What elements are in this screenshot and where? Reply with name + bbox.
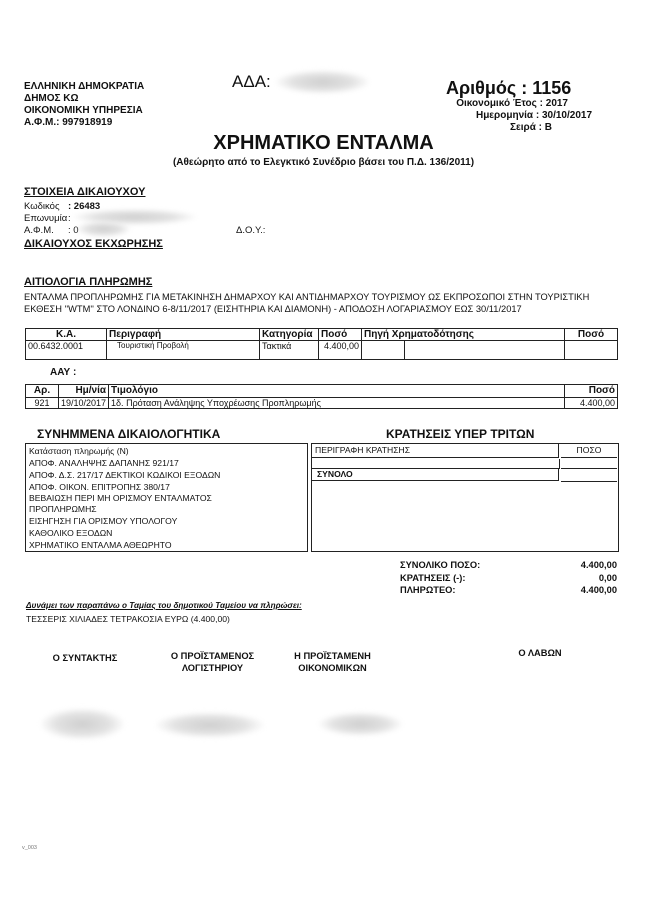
- code-label: Κωδικός: [24, 201, 60, 212]
- withholdings-heading: ΚΡΑΤΗΣΕΙΣ ΥΠΕΡ ΤΡΙΤΩΝ: [386, 427, 534, 441]
- afm-label: Α.Φ.Μ.: [24, 225, 54, 236]
- totals-labels: ΣΥΝΟΛΙΚΟ ΠΟΣΟ: ΚΡΑΤΗΣΕΙΣ (-): ΠΛΗΡΩΤΕΟ:: [400, 559, 480, 597]
- col-description: Περιγραφή: [107, 329, 260, 341]
- signature-recipient: Ο ΛΑΒΩΝ: [490, 648, 590, 658]
- withholding-row-amount: [561, 459, 617, 469]
- aay-label: ΑΑΥ :: [50, 367, 76, 378]
- col-date: Ημ/νία: [59, 385, 109, 398]
- footer-code: v_003: [22, 845, 37, 851]
- col-category: Κατηγορία: [260, 329, 319, 341]
- cell-ka: 00.6432.0001: [26, 341, 107, 360]
- withholdings-box: ΠΕΡΙΓΡΑΦΗ ΚΡΑΤΗΣΗΣ ΠΟΣΟ ΣΥΝΟΛΟ: [311, 443, 619, 552]
- cell-source: [362, 341, 405, 360]
- issuer-line: ΔΗΜΟΣ ΚΩ: [24, 93, 144, 105]
- attachment-item: ΑΠΟΦ. ΑΝΑΛΗΨΗΣ ΔΑΠΑΝΗΣ 921/17: [29, 457, 304, 469]
- withholding-total-value: [561, 469, 617, 482]
- accounts-table: Κ.Α. Περιγραφή Κατηγορία Ποσό Πηγή Χρημα…: [25, 328, 618, 360]
- signature-subtitle: ΛΟΓΙΣΤΗΡΙΟΥ: [150, 663, 275, 675]
- redacted-signature: [40, 708, 125, 740]
- attachment-item: Κατάσταση πληρωμής (N): [29, 445, 304, 457]
- issuer-line: ΕΛΛΗΝΙΚΗ ΔΗΜΟΚΡΑΤΙΑ: [24, 81, 144, 93]
- justification-heading: ΑΙΤΙΟΛΟΓΙΑ ΠΛΗΡΩΜΗΣ: [24, 276, 152, 288]
- redacted-afm: [76, 221, 131, 237]
- payable-value: 4.400,00: [581, 584, 617, 597]
- withholdings-total-label: ΚΡΑΤΗΣΕΙΣ (-):: [400, 572, 480, 585]
- col-ka: Κ.Α.: [26, 329, 107, 341]
- fiscal-year: Οικονομικό Έτος : 2017: [456, 98, 568, 110]
- document-number: Αριθμός : 1156: [446, 78, 571, 99]
- signature-finance-head: Η ΠΡΟΪΣΤΑΜΕΝΗ ΟΙΚΟΝΟΜΙΚΩΝ: [270, 651, 395, 674]
- col-funding-source: Πηγή Χρηματοδότησης: [362, 329, 565, 341]
- attachment-item: ΚΑΘΟΛΙΚΟ ΕΞΟΔΩΝ: [29, 527, 304, 539]
- col-invoice: Τιμολόγιο: [109, 385, 565, 398]
- redacted-ada: [275, 70, 370, 94]
- cell-date: 19/10/2017: [59, 398, 109, 409]
- attachments-list: Κατάσταση πληρωμής (N) ΑΠΟΦ. ΑΝΑΛΗΨΗΣ ΔΑ…: [25, 443, 308, 552]
- attachment-item: ΧΡΗΜΑΤΙΚΟ ΕΝΤΑΛΜΑ ΑΘΕΩΡΗΤΟ: [29, 539, 304, 551]
- amount-in-words: ΤΕΣΣΕΡΙΣ ΧΙΛΙΑΔΕΣ ΤΕΤΡΑΚΟΣΙΑ ΕΥΡΩ (4.400…: [26, 614, 230, 624]
- signature-title: Ο ΣΥΝΤΑΚΤΗΣ: [40, 653, 130, 663]
- invoice-table: Αρ. Ημ/νία Τιμολόγιο Ποσό 921 19/10/2017…: [25, 384, 618, 409]
- total-label: ΣΥΝΟΛΙΚΟ ΠΟΣΟ:: [400, 559, 480, 572]
- payment-instruction: Δυνάμει των παραπάνω ο Ταμίας του δημοτι…: [26, 601, 302, 610]
- signature-accounting-head: Ο ΠΡΟΪΣΤΑΜΕΝΟΣ ΛΟΓΙΣΤΗΡΙΟΥ: [150, 651, 275, 674]
- col-invoice-amount: Ποσό: [565, 385, 618, 398]
- col-no: Αρ.: [26, 385, 59, 398]
- signature-subtitle: ΟΙΚΟΝΟΜΙΚΩΝ: [270, 663, 395, 675]
- table-row: 921 19/10/2017 1δ. Πρόταση Ανάληψης Υποχ…: [26, 398, 618, 409]
- document-date: Ημερομηνία : 30/10/2017: [476, 110, 592, 122]
- cell-invoice: 1δ. Πρόταση Ανάληψης Υποχρέωσης Προπληρω…: [109, 398, 565, 409]
- withholdings-total-value: 0,00: [581, 572, 617, 585]
- document-subtitle: (Αθεώρητο από το Ελεγκτικό Συνέδριο βάσε…: [0, 157, 647, 168]
- cell-invoice-amount: 4.400,00: [565, 398, 618, 409]
- beneficiary-heading: ΣΤΟΙΧΕΙΑ ΔΙΚΑΙΟΥΧΟΥ: [24, 186, 145, 198]
- redacted-signature: [155, 712, 265, 738]
- totals-values: 4.400,00 0,00 4.400,00: [581, 559, 617, 597]
- withholding-amount-header: ΠΟΣΟ: [561, 444, 617, 458]
- redacted-signature: [318, 712, 403, 736]
- attachment-item: ΒΕΒΑΙΩΣΗ ΠΕΡΙ ΜΗ ΟΡΙΣΜΟΥ ΕΝΤΑΛΜΑΤΟΣ ΠΡΟΠ…: [29, 493, 229, 515]
- name-label: Επωνυμία: [24, 213, 67, 224]
- issuer-block: ΕΛΛΗΝΙΚΗ ΔΗΜΟΚΡΑΤΙΑ ΔΗΜΟΣ ΚΩ ΟΙΚΟΝΟΜΙΚΗ …: [24, 81, 144, 129]
- col-source-amount: Ποσό: [565, 329, 618, 341]
- withholding-total-label: ΣΥΝΟΛΟ: [312, 469, 559, 481]
- cell-amount: 4.400,00: [319, 341, 362, 360]
- issuer-line: Α.Φ.Μ.: 997918919: [24, 117, 144, 129]
- cell-description: Τουριστική Προβολή: [107, 341, 260, 360]
- issuer-line: ΟΙΚΟΝΟΜΙΚΗ ΥΠΗΡΕΣΙΑ: [24, 105, 144, 117]
- document-title: ΧΡΗΜΑΤΙΚΟ ΕΝΤΑΛΜΑ: [0, 132, 647, 155]
- attachment-item: ΑΠΟΦ. ΟΙΚΟΝ. ΕΠΙΤΡΟΠΗΣ 380/17: [29, 481, 304, 493]
- attachment-item: ΕΙΣΗΓΗΣΗ ΓΙΑ ΟΡΙΣΜΟΥ ΥΠΟΛΟΓΟΥ: [29, 515, 304, 527]
- signature-title: Ο ΛΑΒΩΝ: [490, 648, 590, 658]
- withholding-desc-header: ΠΕΡΙΓΡΑΦΗ ΚΡΑΤΗΣΗΣ: [312, 444, 559, 458]
- table-row: 00.6432.0001 Τουριστική Προβολή Τακτικά …: [26, 341, 618, 360]
- col-amount: Ποσό: [319, 329, 362, 341]
- signature-author: Ο ΣΥΝΤΑΚΤΗΣ: [40, 653, 130, 663]
- signature-title: Η ΠΡΟΪΣΤΑΜΕΝΗ: [270, 651, 395, 663]
- signature-title: Ο ΠΡΟΪΣΤΑΜΕΝΟΣ: [150, 651, 275, 663]
- withholding-row: [312, 459, 560, 469]
- attachment-item: ΑΠΟΦ. Δ.Σ. 217/17 ΔΕΚΤΙΚΟΙ ΚΩΔΙΚΟΙ ΕΞΟΔΩ…: [29, 469, 304, 481]
- cell-source-desc: [405, 341, 565, 360]
- doy-label: Δ.Ο.Υ.:: [236, 225, 265, 236]
- cell-no: 921: [26, 398, 59, 409]
- ada-label: ΑΔΑ:: [232, 72, 271, 92]
- payable-label: ΠΛΗΡΩΤΕΟ:: [400, 584, 480, 597]
- name-value: :: [68, 213, 71, 224]
- attachments-heading: ΣΥΝΗΜΜΕΝΑ ΔΙΚΑΙΟΛΟΓΗΤΙΚΑ: [37, 427, 220, 441]
- cell-category: Τακτικά: [260, 341, 319, 360]
- justification-text: ΕΝΤΑΛΜΑ ΠΡΟΠΛΗΡΩΜΗΣ ΓΙΑ ΜΕΤΑΚΙΝΗΣΗ ΔΗΜΑΡ…: [24, 291, 614, 315]
- cell-source-amount: [565, 341, 618, 360]
- assignee-heading: ΔΙΚΑΙΟΥΧΟΣ ΕΚΧΩΡΗΣΗΣ: [24, 238, 163, 250]
- total-value: 4.400,00: [581, 559, 617, 572]
